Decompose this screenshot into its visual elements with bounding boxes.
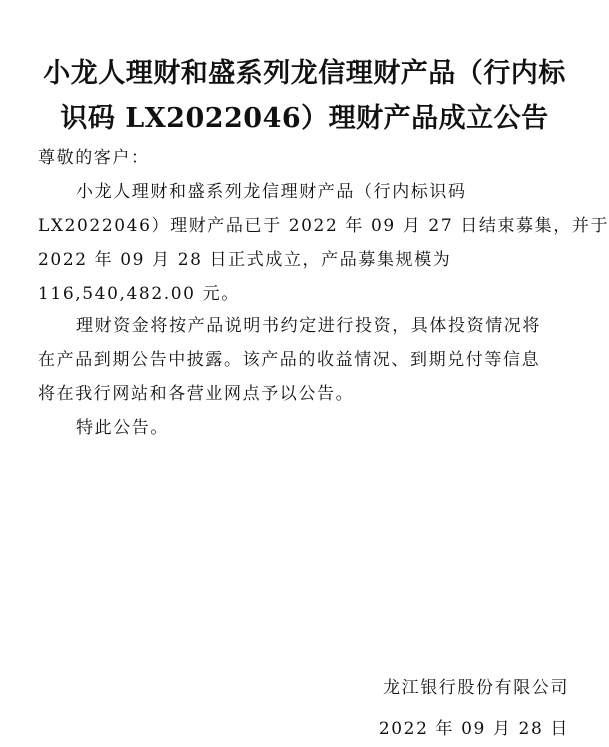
paragraph-closing: 特此公告。 — [38, 411, 578, 445]
signature-date: 2022 年 09 月 28 日 — [379, 714, 569, 739]
paragraph-line: 将在我行网站和各营业网点予以公告。 — [38, 377, 578, 411]
paragraph-line: 2022 年 09 月 28 日正式成立，产品募集规模为 — [38, 243, 578, 277]
announcement-title: 小龙人理财和盛系列龙信理财产品（行内标 识码 LX2022046）理财产品成立公… — [0, 51, 609, 141]
paragraph-investment-disclosure: 理财资金将按产品说明书约定进行投资，具体投资情况将 在产品到期公告中披露。该产品… — [38, 309, 578, 411]
paragraph-line: 116,540,482.00 元。 — [38, 277, 578, 311]
title-line-1: 小龙人理财和盛系列龙信理财产品（行内标 — [0, 51, 609, 96]
paragraph-line: 在产品到期公告中披露。该产品的收益情况、到期兑付等信息 — [38, 343, 578, 377]
paragraph-line: 特此公告。 — [38, 411, 578, 445]
paragraph-line: LX2022046）理财产品已于 2022 年 09 月 27 日结束募集，并于 — [38, 209, 578, 243]
paragraph-line: 小龙人理财和盛系列龙信理财产品（行内标识码 — [38, 175, 578, 209]
greeting: 尊敬的客户： — [38, 141, 578, 175]
paragraph-establishment: 小龙人理财和盛系列龙信理财产品（行内标识码 LX2022046）理财产品已于 2… — [38, 175, 578, 311]
title-line-2: 识码 LX2022046）理财产品成立公告 — [0, 96, 609, 141]
paragraph-line: 理财资金将按产品说明书约定进行投资，具体投资情况将 — [38, 309, 578, 343]
signature-organization: 龙江银行股份有限公司 — [383, 673, 569, 698]
